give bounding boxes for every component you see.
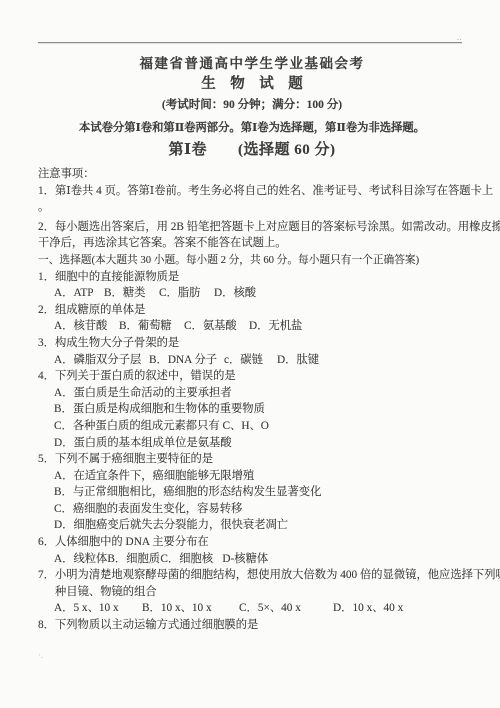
part-1-heading: 一、选择题(本大题共 30 小题。每小题 2 分，共 60 分。每小题只有一个正… [38,252,466,269]
option-b: B．蛋白质是构成细胞和生物体的重要物质 [38,401,466,418]
notice-item-2-line-1: 2．每小题选出答案后，用 2B 铅笔把答题卡上对应题目的答案标号涂黑。如需改动。… [38,219,466,236]
option-d: D．蛋白质的基本组成单位是氨基酸 [38,435,466,452]
scan-artifact-mark: ‥ [457,33,462,42]
question-options: A．磷脂双分子层 B．DNA 分子 c．碳链 D．肽键 [38,352,466,369]
document-title: 福建省普通高中学生学业基础会考 [38,56,466,72]
option-a: A．线粒体 [54,551,107,568]
option-c: C．氨基酸 [184,318,249,335]
notice-heading: 注意事项： [38,166,466,183]
question-stem: 1．细胞中的直接能源物质是 [38,269,466,286]
option-b: B．细胞质 [107,551,160,568]
option-a: A．磷脂双分子层 [54,352,149,369]
option-a: A．蛋白质是生命活动的主要承担者 [38,385,466,402]
option-d: D．肽键 [277,352,319,369]
question-2: 2．组成糖原的单体是 A．核苷酸 B．葡萄糖 C．氨基酸 D．无机盐 [38,302,466,335]
question-3: 3．构成生物大分子骨架的是 A．磷脂双分子层 B．DNA 分子 c．碳链 D．肽… [38,335,466,368]
question-stem-continued: 种目镜、物镜的组合 [38,584,466,601]
question-stem: 7．小明为清楚地观察酵母菌的细胞结构，想使用放大倍数为 400 倍的显微镜，他应… [38,567,466,584]
option-a: A．5 x、10 x [54,600,142,617]
option-c: C．各种蛋白质的组成元素都只有 C、H、O [38,418,466,435]
option-d: D-核糖体 [222,551,268,568]
option-d: D．核酸 [214,285,256,302]
option-b: B．糖类 [104,285,159,302]
paper-structure-note: 本试卷分第Ⅰ卷和第Ⅱ卷两部分。第Ⅰ卷为选择题，第Ⅱ卷为非选择题。 [38,121,466,136]
question-1: 1．细胞中的直接能源物质是 A．ATP B．糖类 C．脂肪 D．核酸 [38,269,466,302]
question-stem: 6．人体细胞中的 DNA 主要分布在 [38,534,466,551]
notice-item-2-line-2: 干净后，再选涂其它答案。答案不能答在试题上。 [38,235,466,252]
section-1-heading: 第Ⅰ卷 (选择题 60 分) [38,141,466,160]
option-a: A．在适宜条件下，癌细胞能够无限增殖 [38,468,466,485]
option-b: B．10 x、10 x [142,600,239,617]
option-c: C．细胞核 [160,551,222,568]
option-a: A．核苷酸 [54,318,119,335]
question-7: 7．小明为清楚地观察酵母菌的细胞结构，想使用放大倍数为 400 倍的显微镜，他应… [38,567,466,617]
option-a: A．ATP [54,285,104,302]
question-6: 6．人体细胞中的 DNA 主要分布在 A．线粒体 B．细胞质 C．细胞核 D-核… [38,534,466,567]
question-options: A．ATP B．糖类 C．脂肪 D．核酸 [38,285,466,302]
option-b: B．葡萄糖 [119,318,184,335]
option-c: C．癌细胞的表面发生变化，容易转移 [38,501,466,518]
notice-item-1-line-2: 。 [38,199,466,216]
option-c: c．碳链 [224,352,277,369]
exam-info: (考试时间：90 分钟；满分：100 分) [38,98,466,113]
subject-title: 生 物 试 题 [38,76,466,93]
option-b: B．DNA 分子 [149,352,224,369]
question-stem: 3．构成生物大分子骨架的是 [38,335,466,352]
question-options: A．核苷酸 B．葡萄糖 C．氨基酸 D．无机盐 [38,318,466,335]
notice-item-1-line-1: 1．第Ⅰ卷共 4 页。答第Ⅰ卷前。考生务必将自己的姓名、准考证号、考试科目涂写在… [38,183,466,200]
option-d: D．10 x、40 x [333,600,403,617]
option-c: C．5×、40 x [239,600,333,617]
question-options: A．5 x、10 x B．10 x、10 x C．5×、40 x D．10 x、… [38,600,466,617]
question-stem: 4．下列关于蛋白质的叙述中，错误的是 [38,368,466,385]
question-stem: 5．下列不属于癌细胞主要特征的是 [38,451,466,468]
question-4: 4．下列关于蛋白质的叙述中，错误的是 A．蛋白质是生命活动的主要承担者 B．蛋白… [38,368,466,451]
exam-paper-page: ‥ ·. 福建省普通高中学生学业基础会考 生 物 试 题 (考试时间：90 分钟… [0,0,500,708]
document-content: 福建省普通高中学生学业基础会考 生 物 试 题 (考试时间：90 分钟；满分：1… [38,56,466,634]
option-d: D．细胞癌变后就失去分裂能力，很快衰老凋亡 [38,517,466,534]
notice-block: 注意事项： 1．第Ⅰ卷共 4 页。答第Ⅰ卷前。考生务必将自己的姓名、准考证号、考… [38,166,466,252]
option-c: C．脂肪 [159,285,214,302]
question-8: 8．下列物质以主动运输方式通过细胞膜的是 [38,617,466,634]
header-rule [38,42,462,43]
multiple-choice-section: 一、选择题(本大题共 30 小题。每小题 2 分，共 60 分。每小题只有一个正… [38,252,466,634]
scan-artifact-mark: ·. [38,650,43,660]
option-d: D．无机盐 [249,318,302,335]
question-5: 5．下列不属于癌细胞主要特征的是 A．在适宜条件下，癌细胞能够无限增殖 B．与正… [38,451,466,534]
question-options: A．线粒体 B．细胞质 C．细胞核 D-核糖体 [38,551,466,568]
question-stem: 8．下列物质以主动运输方式通过细胞膜的是 [38,617,466,634]
option-b: B．与正常细胞相比，癌细胞的形态结构发生显著变化 [38,484,466,501]
question-stem: 2．组成糖原的单体是 [38,302,466,319]
